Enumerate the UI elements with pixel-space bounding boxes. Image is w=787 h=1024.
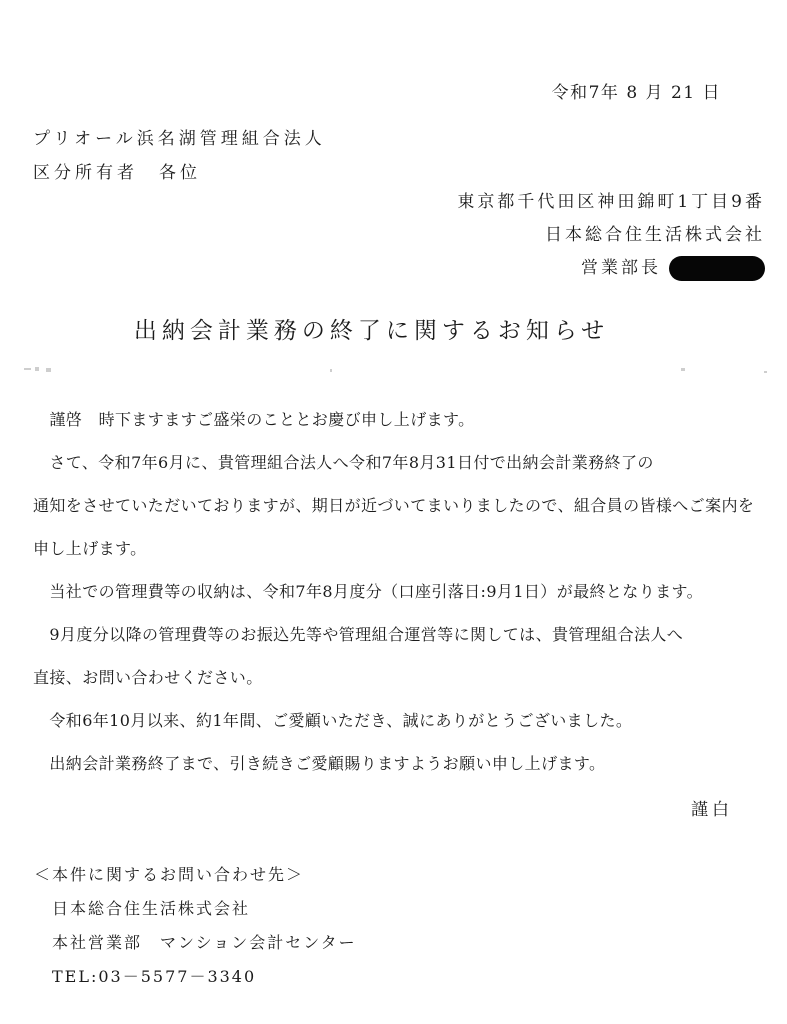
recipient-block: プリオール浜名湖管理組合法人 区分所有者 各位: [33, 122, 326, 190]
scanned-letter-page: 令和7年 8 月 21 日 プリオール浜名湖管理組合法人 区分所有者 各位 東京…: [0, 0, 787, 1024]
sender-title-row: 営業部長: [457, 252, 765, 285]
scan-artifact: [764, 371, 767, 373]
contact-company: 日本総合住生活株式会社: [34, 892, 357, 926]
contact-tel: TEL:03－5577－3340: [34, 960, 357, 994]
scan-artifact: [24, 368, 31, 370]
scan-artifact: [35, 367, 39, 371]
body-line: 直接、お問い合わせください。: [33, 656, 759, 699]
letter-date: 令和7年 8 月 21 日: [552, 78, 721, 103]
closing-word: 謹白: [691, 795, 733, 820]
sender-company: 日本総合住生活株式会社: [457, 219, 765, 252]
redacted-name-bar: [669, 256, 765, 281]
body-line: 通知をさせていただいておりますが、期日が近づいてまいりましたので、組合員の皆様へ…: [33, 484, 759, 527]
body-line: 申し上げます。: [33, 527, 759, 570]
body-line: さて、令和7年6月に、貴管理組合法人へ令和7年8月31日付で出納会計業務終了の: [33, 441, 759, 484]
body-line: 9月度分以降の管理費等のお振込先等や管理組合運営等に関しては、貴管理組合法人へ: [33, 613, 759, 656]
body-line: 当社での管理費等の収納は、令和7年8月度分（口座引落日:9月1日）が最終となりま…: [33, 570, 759, 613]
recipient-organization: プリオール浜名湖管理組合法人: [33, 122, 326, 156]
contact-block: ＜本件に関するお問い合わせ先＞ 日本総合住生活株式会社 本社営業部 マンション会…: [34, 858, 357, 994]
contact-department: 本社営業部 マンション会計センター: [34, 926, 357, 960]
body-line: 出納会計業務終了まで、引き続きご愛顧賜りますようお願い申し上げます。: [33, 742, 759, 785]
sender-address: 東京都千代田区神田錦町1丁目9番: [457, 186, 765, 219]
scan-artifact: [46, 368, 51, 372]
body-line: 謹啓 時下ますますご盛栄のこととお慶び申し上げます。: [33, 398, 759, 441]
letter-body: 謹啓 時下ますますご盛栄のこととお慶び申し上げます。 さて、令和7年6月に、貴管…: [33, 398, 759, 785]
sender-title: 営業部長: [581, 252, 661, 285]
recipient-addressee: 区分所有者 各位: [33, 156, 326, 190]
body-line: 令和6年10月以来、約1年間、ご愛顧いただき、誠にありがとうございました。: [33, 699, 759, 742]
scan-artifact: [330, 369, 332, 372]
contact-heading: ＜本件に関するお問い合わせ先＞: [34, 858, 357, 892]
scan-artifact: [681, 368, 685, 371]
document-title: 出納会計業務の終了に関するお知らせ: [0, 312, 765, 345]
sender-block: 東京都千代田区神田錦町1丁目9番 日本総合住生活株式会社 営業部長: [457, 186, 765, 285]
